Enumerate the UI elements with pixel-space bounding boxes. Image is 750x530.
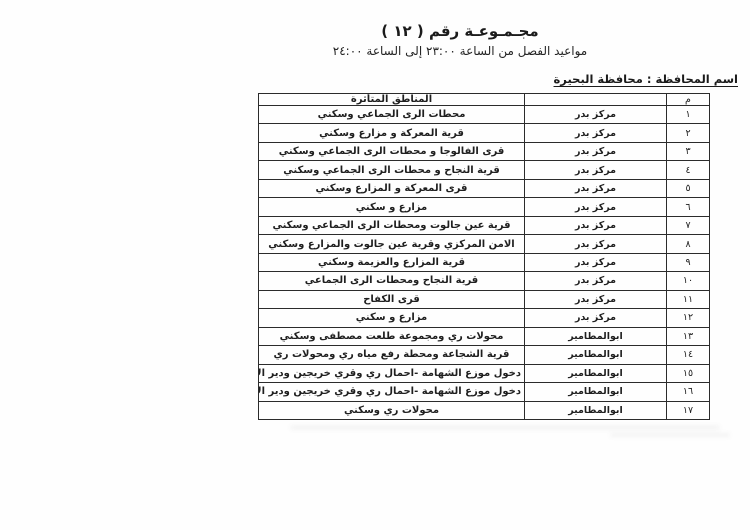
- affected-areas-cell: قرية النجاح و محطات الرى الجماعي وسكني: [259, 161, 525, 179]
- row-number-cell: ١٣: [667, 327, 710, 345]
- row-number-cell: ١١: [667, 290, 710, 308]
- table-row: ١٢ مركز بدر مزارع و سكني: [259, 309, 710, 327]
- table-row: ٢ مركز بدر قرية المعركة و مزارع وسكني: [259, 124, 710, 142]
- row-number-cell: ١: [667, 106, 710, 124]
- row-number-cell: ١٤: [667, 346, 710, 364]
- row-number-cell: ٥: [667, 179, 710, 197]
- document-heading: مجـمـوعـة رقم ( ١٢ ) مواعيد الفصل من الس…: [270, 22, 650, 58]
- district-cell: مركز بدر: [525, 216, 667, 234]
- row-number-cell: ٢: [667, 124, 710, 142]
- row-number-cell: ٧: [667, 216, 710, 234]
- affected-areas-cell: مزارع و سكني: [259, 198, 525, 216]
- affected-areas-cell: محولات ري وسكني: [259, 401, 525, 420]
- document-subtitle: مواعيد الفصل من الساعة ٢٣:٠٠ إلى الساعة …: [270, 44, 650, 58]
- affected-areas-cell: قرى الكفاح: [259, 290, 525, 308]
- document-title: مجـمـوعـة رقم ( ١٢ ): [270, 22, 650, 40]
- row-number-cell: ١٧: [667, 401, 710, 420]
- table-row: ٤ مركز بدر قرية النجاح و محطات الرى الجم…: [259, 161, 710, 179]
- row-number-cell: ٨: [667, 235, 710, 253]
- district-cell: ابوالمطامير: [525, 383, 667, 401]
- table-row: ١١ مركز بدر قرى الكفاح: [259, 290, 710, 308]
- district-cell: ابوالمطامير: [525, 327, 667, 345]
- affected-areas-cell: الامن المركزي وقرية عين جالوت والمزارع و…: [259, 235, 525, 253]
- column-header-center: [525, 94, 667, 106]
- table-row: ٧ مركز بدر قرية عين جالوت ومحطات الرى ال…: [259, 216, 710, 234]
- table-header-row: م المناطق المتأثرة: [259, 94, 710, 106]
- row-number-cell: ٤: [667, 161, 710, 179]
- district-cell: مركز بدر: [525, 179, 667, 197]
- scan-smudge: [290, 425, 720, 430]
- district-cell: ابوالمطامير: [525, 401, 667, 420]
- column-header-affected-areas: المناطق المتأثرة: [259, 94, 525, 106]
- affected-areas-cell: قرية عين جالوت ومحطات الرى الجماعي وسكني: [259, 216, 525, 234]
- district-cell: مركز بدر: [525, 309, 667, 327]
- table-row: ٥ مركز بدر قرى المعركة و المزارع وسكني: [259, 179, 710, 197]
- outage-schedule-table: م المناطق المتأثرة ١ مركز بدر محطات الرى…: [258, 93, 710, 420]
- table-row: ٨ مركز بدر الامن المركزي وقرية عين جالوت…: [259, 235, 710, 253]
- district-cell: مركز بدر: [525, 235, 667, 253]
- affected-areas-cell: قرية المزارع والعزيمة وسكني: [259, 253, 525, 271]
- document-page: مجـمـوعـة رقم ( ١٢ ) مواعيد الفصل من الس…: [0, 0, 750, 530]
- table-row: ١٧ ابوالمطامير محولات ري وسكني: [259, 401, 710, 420]
- district-cell: مركز بدر: [525, 142, 667, 160]
- district-cell: ابوالمطامير: [525, 346, 667, 364]
- affected-areas-cell: قرية الشجاعة ومحطة رفع مياه ري ومحولات ر…: [259, 346, 525, 364]
- table-row: ١٠ مركز بدر قرية النجاح ومحطات الرى الجم…: [259, 272, 710, 290]
- table-row: ١٥ ابوالمطامير دخول موزع الشهامة -احمال …: [259, 364, 710, 382]
- scan-smudge: [610, 433, 730, 437]
- column-header-index: م: [667, 94, 710, 106]
- row-number-cell: ٦: [667, 198, 710, 216]
- affected-areas-cell: دخول موزع الشهامة -احمال ري وقري خريجين …: [259, 383, 525, 401]
- row-number-cell: ١٢: [667, 309, 710, 327]
- affected-areas-cell: قرية النجاح ومحطات الرى الجماعي: [259, 272, 525, 290]
- row-number-cell: ٩: [667, 253, 710, 271]
- table-row: ١٦ ابوالمطامير دخول موزع الشهامة -احمال …: [259, 383, 710, 401]
- affected-areas-cell: دخول موزع الشهامة -احمال ري وقري خريجين …: [259, 364, 525, 382]
- district-cell: مركز بدر: [525, 161, 667, 179]
- affected-areas-cell: محطات الرى الجماعي وسكني: [259, 106, 525, 124]
- table-row: ١٤ ابوالمطامير قرية الشجاعة ومحطة رفع مي…: [259, 346, 710, 364]
- district-cell: مركز بدر: [525, 272, 667, 290]
- row-number-cell: ٣: [667, 142, 710, 160]
- district-cell: ابوالمطامير: [525, 364, 667, 382]
- district-cell: مركز بدر: [525, 253, 667, 271]
- district-cell: مركز بدر: [525, 124, 667, 142]
- table-row: ٣ مركز بدر قرى الفالوجا و محطات الرى الج…: [259, 142, 710, 160]
- row-number-cell: ١٠: [667, 272, 710, 290]
- table-row: ٦ مركز بدر مزارع و سكني: [259, 198, 710, 216]
- district-cell: مركز بدر: [525, 198, 667, 216]
- row-number-cell: ١٦: [667, 383, 710, 401]
- affected-areas-cell: قرى الفالوجا و محطات الرى الجماعي وسكني: [259, 142, 525, 160]
- row-number-cell: ١٥: [667, 364, 710, 382]
- affected-areas-cell: محولات ري ومجموعة طلعت مصطفى وسكني: [259, 327, 525, 345]
- affected-areas-cell: قرية المعركة و مزارع وسكني: [259, 124, 525, 142]
- affected-areas-cell: مزارع و سكني: [259, 309, 525, 327]
- affected-areas-cell: قرى المعركة و المزارع وسكني: [259, 179, 525, 197]
- table-row: ١٣ ابوالمطامير محولات ري ومجموعة طلعت مص…: [259, 327, 710, 345]
- district-cell: مركز بدر: [525, 290, 667, 308]
- table-row: ١ مركز بدر محطات الرى الجماعي وسكني: [259, 106, 710, 124]
- district-cell: مركز بدر: [525, 106, 667, 124]
- table-row: ٩ مركز بدر قرية المزارع والعزيمة وسكني: [259, 253, 710, 271]
- governorate-label: اسم المحافظة : محافظة البحيرة: [554, 72, 738, 86]
